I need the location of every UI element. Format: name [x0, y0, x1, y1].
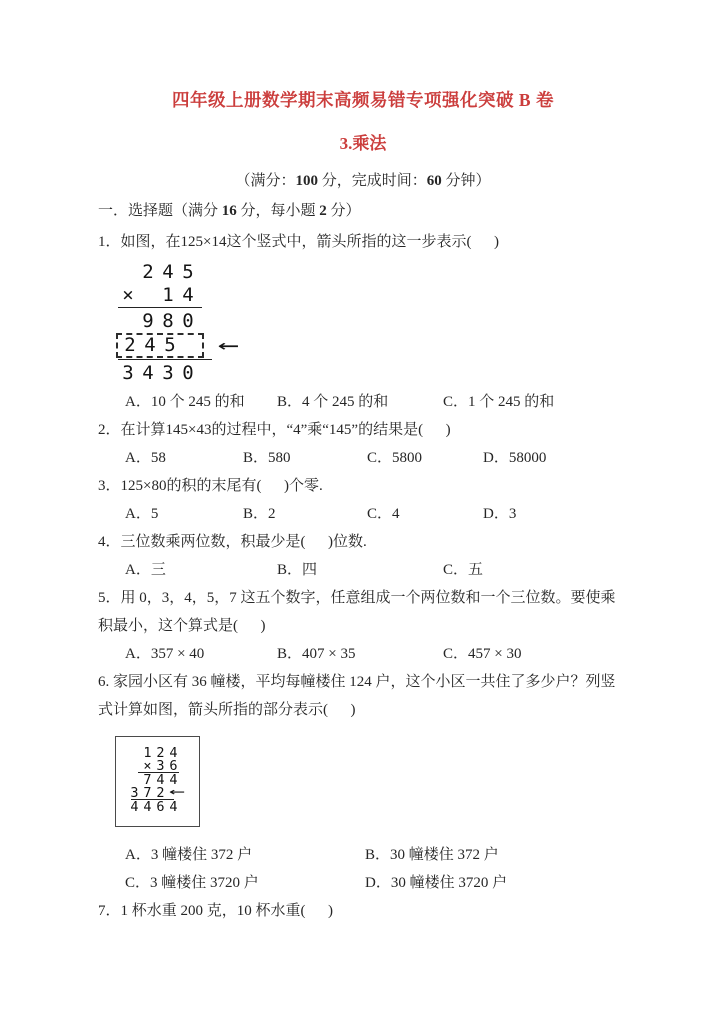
- meta-text: 分，完成时间：: [318, 173, 427, 189]
- digit-cell: 4: [178, 284, 198, 306]
- question-2: 2．在计算145×43的过程中，“4”乘“145”的结果是( ): [98, 416, 628, 444]
- long-multiplication-figure-2: 124 ×36 744 372 4464 ←: [115, 736, 200, 827]
- dashed-highlight-box: 245: [116, 333, 204, 358]
- option-c: C．1 个 245 的和: [443, 388, 554, 416]
- digit-cell: 4: [128, 799, 141, 815]
- question-6-options-row-2: C．3 幢楼住 3720 户D．30 幢楼住 3720 户: [98, 869, 628, 897]
- option-c: C．457 × 30: [443, 640, 521, 668]
- part1-heading: 一．选择题（满分 16 分，每小题 2 分）: [98, 200, 628, 222]
- question-1: 1．如图，在125×14这个竖式中，箭头所指的这一步表示( ): [98, 228, 628, 256]
- digit-cell: 5: [160, 334, 180, 356]
- option-d: D．58000: [483, 444, 546, 472]
- time-limit-value: 60: [427, 173, 442, 189]
- full-score-value: 100: [295, 173, 318, 189]
- product-row: 3430: [118, 361, 388, 384]
- partial-product-2-row: 245 ←: [118, 332, 388, 358]
- section-text: 分）: [327, 203, 361, 219]
- option-a: A．3 幢楼住 372 户: [125, 841, 365, 869]
- partial-product-2-row: 372: [128, 786, 199, 799]
- worksheet-page: 四年级上册数学期末高频易错专项强化突破 B 卷 3.乘法 （满分：100 分，完…: [0, 0, 724, 1024]
- option-b: B．407 × 35: [277, 640, 443, 668]
- digit-cell: 0: [178, 310, 198, 332]
- partial-product-1-row: 980: [118, 309, 388, 332]
- question-4: 4．三位数乘两位数，积最少是( )位数.: [98, 528, 628, 556]
- multiplier-row: ×14: [118, 283, 388, 306]
- digit-cell: 4: [140, 334, 160, 356]
- multiply-sign: ×: [118, 284, 138, 306]
- meta-text: （满分：: [235, 173, 295, 189]
- arrow-left-icon: ←: [169, 785, 185, 799]
- meta-text: 分钟）: [442, 173, 491, 189]
- option-d: D．30 幢楼住 3720 户: [365, 869, 507, 897]
- question-7: 7．1 杯水重 200 克，10 杯水重( ): [98, 897, 628, 925]
- arrow-left-icon: ←: [218, 335, 240, 356]
- option-b: B．4 个 245 的和: [277, 388, 443, 416]
- option-a: A．10 个 245 的和: [125, 388, 277, 416]
- section-text: 一．选择题（满分: [98, 203, 222, 219]
- long-multiplication-figure-1: 245 ×14 980 245 ← 3430: [118, 260, 388, 384]
- option-b: B．四: [277, 556, 443, 584]
- question-6: 6. 家园小区有 36 幢楼，平均每幢楼住 124 户，这个小区一共住了多少户？…: [98, 668, 628, 724]
- question-5: 5．用 0，3，4，5，7 这五个数字，任意组成一个两位数和一个三位数。要使乘积…: [98, 584, 628, 640]
- option-a: A．58: [125, 444, 243, 472]
- option-c: C．3 幢楼住 3720 户: [125, 869, 365, 897]
- option-c: C．5800: [367, 444, 483, 472]
- digit-cell: 2: [120, 334, 140, 356]
- worksheet-title: 四年级上册数学期末高频易错专项强化突破 B 卷: [98, 86, 628, 114]
- digit-cell: 1: [158, 284, 178, 306]
- product-row: 4464: [128, 800, 199, 813]
- option-b: B．580: [243, 444, 367, 472]
- digit-cell: 4: [158, 261, 178, 283]
- digit-cell: 9: [138, 310, 158, 332]
- rule-line: [118, 359, 212, 360]
- question-3: 3．125×80的积的末尾有( )个零.: [98, 472, 628, 500]
- option-a: A．357 × 40: [125, 640, 277, 668]
- question-3-options: A．5B．2C．4D．3: [98, 500, 628, 528]
- digit-cell: 3: [158, 362, 178, 384]
- figure-2-wrapper: 124 ×36 744 372 4464 ←: [115, 736, 628, 827]
- option-c: C．五: [443, 556, 483, 584]
- digit-cell: 2: [138, 261, 158, 283]
- digit-cell: 4: [141, 799, 154, 815]
- chapter-title: 3.乘法: [98, 130, 628, 158]
- question-2-options: A．58B．580C．5800D．58000: [98, 444, 628, 472]
- digit-cell: 8: [158, 310, 178, 332]
- question-1-options: A．10 个 245 的和B．4 个 245 的和C．1 个 245 的和: [98, 388, 628, 416]
- digit-cell: 3: [118, 362, 138, 384]
- rule-line: [118, 307, 202, 308]
- digit-cell: 0: [178, 362, 198, 384]
- option-d: D．3: [483, 500, 516, 528]
- option-a: A．5: [125, 500, 243, 528]
- option-a: A．三: [125, 556, 277, 584]
- question-4-options: A．三B．四C．五: [98, 556, 628, 584]
- option-c: C．4: [367, 500, 483, 528]
- multiplier-row: ×36: [128, 759, 199, 772]
- section-each-points: 2: [319, 203, 327, 219]
- question-6-options-row-1: A．3 幢楼住 372 户B．30 幢楼住 372 户: [98, 841, 628, 869]
- digit-cell: 5: [178, 261, 198, 283]
- option-b: B．2: [243, 500, 367, 528]
- multiplicand-row: 245: [118, 260, 388, 283]
- question-5-options: A．357 × 40B．407 × 35C．457 × 30: [98, 640, 628, 668]
- section-total-points: 16: [222, 203, 237, 219]
- section-text: 分，每小题: [237, 203, 320, 219]
- option-b: B．30 幢楼住 372 户: [365, 841, 499, 869]
- score-time-line: （满分：100 分，完成时间：60 分钟）: [98, 170, 628, 192]
- digit-cell: 4: [138, 362, 158, 384]
- digit-cell: 4: [167, 799, 180, 815]
- digit-cell: 6: [154, 799, 167, 815]
